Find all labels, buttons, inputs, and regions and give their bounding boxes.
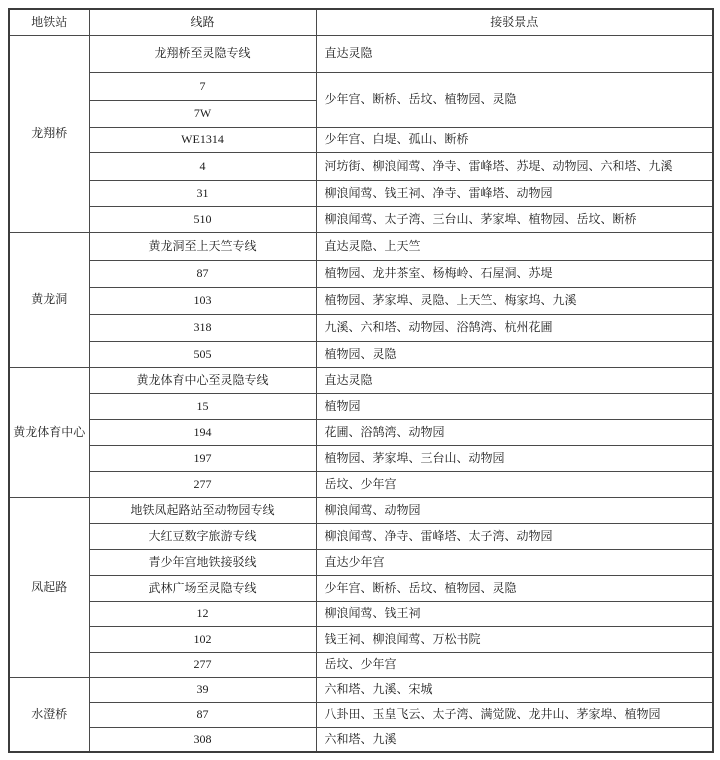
station-cell: 水澄桥 (9, 677, 89, 752)
table-row: WE1314少年宫、白堤、孤山、断桥 (9, 127, 713, 152)
spots-cell: 少年宫、断桥、岳坟、植物园、灵隐 (316, 575, 713, 601)
spots-cell: 八卦田、玉皇飞云、太子湾、满觉陇、龙井山、茅家埠、植物园 (316, 702, 713, 727)
table-row: 龙翔桥龙翔桥至灵隐专线直达灵隐 (9, 35, 713, 72)
spots-cell: 植物园、龙井茶室、杨梅岭、石屋洞、苏堤 (316, 260, 713, 287)
spots-cell: 六和塔、九溪 (316, 727, 713, 752)
station-cell: 黄龙洞 (9, 232, 89, 367)
table-row: 510柳浪闻莺、太子湾、三台山、茅家埠、植物园、岳坟、断桥 (9, 206, 713, 232)
line-cell: 龙翔桥至灵隐专线 (89, 35, 316, 72)
line-cell: WE1314 (89, 127, 316, 152)
spots-cell: 岳坟、少年宫 (316, 652, 713, 677)
line-cell: 武林广场至灵隐专线 (89, 575, 316, 601)
line-cell: 39 (89, 677, 316, 702)
spots-cell: 柳浪闻莺、钱王祠 (316, 601, 713, 626)
table-row: 12柳浪闻莺、钱王祠 (9, 601, 713, 626)
line-cell: 4 (89, 152, 316, 180)
station-cell: 凤起路 (9, 497, 89, 677)
spots-cell: 九溪、六和塔、动物园、浴鹄湾、杭州花圃 (316, 314, 713, 341)
table-row: 青少年宫地铁接驳线直达少年宫 (9, 549, 713, 575)
line-cell: 102 (89, 626, 316, 652)
station-cell: 龙翔桥 (9, 35, 89, 232)
line-cell: 地铁凤起路站至动物园专线 (89, 497, 316, 523)
line-cell: 277 (89, 471, 316, 497)
line-cell: 15 (89, 393, 316, 419)
station-cell: 黄龙体育中心 (9, 367, 89, 497)
table-row: 194花圃、浴鹄湾、动物园 (9, 419, 713, 445)
line-cell: 7 (89, 72, 316, 100)
line-cell: 87 (89, 702, 316, 727)
line-cell: 510 (89, 206, 316, 232)
table-row: 31柳浪闻莺、钱王祠、净寺、雷峰塔、动物园 (9, 180, 713, 206)
spots-cell: 柳浪闻莺、净寺、雷峰塔、太子湾、动物园 (316, 523, 713, 549)
spots-cell: 直达灵隐 (316, 35, 713, 72)
spots-cell: 少年宫、白堤、孤山、断桥 (316, 127, 713, 152)
spots-cell: 六和塔、九溪、宋城 (316, 677, 713, 702)
table-row: 大红豆数字旅游专线柳浪闻莺、净寺、雷峰塔、太子湾、动物园 (9, 523, 713, 549)
line-cell: 197 (89, 445, 316, 471)
table-row: 505植物园、灵隐 (9, 341, 713, 367)
line-cell: 194 (89, 419, 316, 445)
line-cell: 87 (89, 260, 316, 287)
table-row: 102钱王祠、柳浪闻莺、万松书院 (9, 626, 713, 652)
table-row: 87八卦田、玉皇飞云、太子湾、满觉陇、龙井山、茅家埠、植物园 (9, 702, 713, 727)
metro-transfer-table: 地铁站 线路 接驳景点 龙翔桥龙翔桥至灵隐专线直达灵隐7少年宫、断桥、岳坟、植物… (8, 8, 714, 753)
line-cell: 大红豆数字旅游专线 (89, 523, 316, 549)
line-cell: 12 (89, 601, 316, 626)
table-row: 黄龙体育中心黄龙体育中心至灵隐专线直达灵隐 (9, 367, 713, 393)
spots-cell: 柳浪闻莺、钱王祠、净寺、雷峰塔、动物园 (316, 180, 713, 206)
table-row: 197植物园、茅家埠、三台山、动物园 (9, 445, 713, 471)
spots-cell: 河坊街、柳浪闻莺、净寺、雷峰塔、苏堤、动物园、六和塔、九溪 (316, 152, 713, 180)
table-row: 87植物园、龙井茶室、杨梅岭、石屋洞、苏堤 (9, 260, 713, 287)
line-cell: 黄龙洞至上天竺专线 (89, 232, 316, 260)
header-spots: 接驳景点 (316, 9, 713, 35)
table-row: 15植物园 (9, 393, 713, 419)
line-cell: 青少年宫地铁接驳线 (89, 549, 316, 575)
table-row: 277岳坟、少年宫 (9, 652, 713, 677)
header-line: 线路 (89, 9, 316, 35)
table-row: 黄龙洞黄龙洞至上天竺专线直达灵隐、上天竺 (9, 232, 713, 260)
line-cell: 318 (89, 314, 316, 341)
spots-cell: 直达少年宫 (316, 549, 713, 575)
table-row: 318九溪、六和塔、动物园、浴鹄湾、杭州花圃 (9, 314, 713, 341)
header-row: 地铁站 线路 接驳景点 (9, 9, 713, 35)
spots-cell: 直达灵隐 (316, 367, 713, 393)
table-row: 4河坊街、柳浪闻莺、净寺、雷峰塔、苏堤、动物园、六和塔、九溪 (9, 152, 713, 180)
table-row: 凤起路地铁凤起路站至动物园专线柳浪闻莺、动物园 (9, 497, 713, 523)
table-row: 103植物园、茅家埠、灵隐、上天竺、梅家坞、九溪 (9, 287, 713, 314)
spots-cell: 植物园 (316, 393, 713, 419)
line-cell: 277 (89, 652, 316, 677)
spots-cell: 植物园、灵隐 (316, 341, 713, 367)
table-row: 水澄桥39六和塔、九溪、宋城 (9, 677, 713, 702)
header-station: 地铁站 (9, 9, 89, 35)
line-cell: 103 (89, 287, 316, 314)
spots-cell: 岳坟、少年宫 (316, 471, 713, 497)
spots-cell: 钱王祠、柳浪闻莺、万松书院 (316, 626, 713, 652)
line-cell: 31 (89, 180, 316, 206)
spots-cell: 柳浪闻莺、太子湾、三台山、茅家埠、植物园、岳坟、断桥 (316, 206, 713, 232)
metro-transfer-table-container: 地铁站 线路 接驳景点 龙翔桥龙翔桥至灵隐专线直达灵隐7少年宫、断桥、岳坟、植物… (8, 8, 714, 753)
spots-cell: 直达灵隐、上天竺 (316, 232, 713, 260)
line-cell: 505 (89, 341, 316, 367)
table-body: 龙翔桥龙翔桥至灵隐专线直达灵隐7少年宫、断桥、岳坟、植物园、灵隐7WWE1314… (9, 35, 713, 752)
table-row: 308六和塔、九溪 (9, 727, 713, 752)
line-cell: 308 (89, 727, 316, 752)
line-cell: 7W (89, 100, 316, 127)
table-row: 277岳坟、少年宫 (9, 471, 713, 497)
spots-cell: 少年宫、断桥、岳坟、植物园、灵隐 (316, 72, 713, 127)
line-cell: 黄龙体育中心至灵隐专线 (89, 367, 316, 393)
spots-cell: 花圃、浴鹄湾、动物园 (316, 419, 713, 445)
spots-cell: 植物园、茅家埠、三台山、动物园 (316, 445, 713, 471)
table-row: 7少年宫、断桥、岳坟、植物园、灵隐 (9, 72, 713, 100)
table-row: 武林广场至灵隐专线少年宫、断桥、岳坟、植物园、灵隐 (9, 575, 713, 601)
spots-cell: 柳浪闻莺、动物园 (316, 497, 713, 523)
spots-cell: 植物园、茅家埠、灵隐、上天竺、梅家坞、九溪 (316, 287, 713, 314)
